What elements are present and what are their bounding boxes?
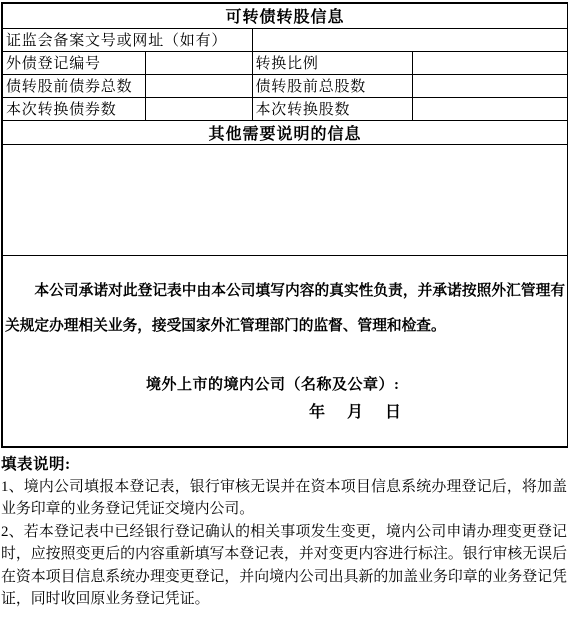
notes-title: 填表说明: (1, 453, 567, 476)
registration-form-page: 可转债转股信息 证监会备案文号或网址（如有） 外债登记编号 转换比例 债转股前债… (0, 2, 568, 617)
commitment-paragraph: 本公司承诺对此登记表中由本公司填写内容的真实性负责，并承诺按照外汇管理有关规定办… (5, 274, 565, 344)
conversion-ratio-field[interactable] (412, 51, 568, 74)
table-row: 其他需要说明的信息 (2, 120, 568, 144)
table-row: 可转债转股信息 (2, 3, 568, 28)
note-item-1: 1、境内公司填报本登记表，银行审核无误并在资本项目信息系统办理登记后，将加盖业务… (1, 476, 567, 521)
convertible-bond-info-table: 可转债转股信息 证监会备案文号或网址（如有） 外债登记编号 转换比例 债转股前债… (1, 2, 568, 448)
csrc-filing-number-field[interactable] (252, 28, 568, 51)
external-debt-reg-no-label: 外债登记编号 (2, 51, 145, 74)
bonds-before-conversion-field[interactable] (145, 74, 252, 97)
shares-before-conversion-label: 债转股前总股数 (252, 74, 412, 97)
csrc-filing-number-label: 证监会备案文号或网址（如有） (2, 28, 252, 51)
section-header-convertible-bond-info: 可转债转股信息 (2, 3, 568, 28)
table-row: 本次转换债券数 本次转换股数 (2, 97, 568, 120)
table-row: 债转股前债券总数 债转股前总股数 (2, 74, 568, 97)
external-debt-reg-no-field[interactable] (145, 51, 252, 74)
notes-section: 填表说明: 1、境内公司填报本登记表，银行审核无误并在资本项目信息系统办理登记后… (1, 453, 567, 610)
table-row: 证监会备案文号或网址（如有） (2, 28, 568, 51)
table-row: 外债登记编号 转换比例 (2, 51, 568, 74)
note-item-2: 2、若本登记表中已经银行登记确认的相关事项发生变更，境内公司申请办理变更登记时，… (1, 521, 567, 611)
commitment-cell: 本公司承诺对此登记表中由本公司填写内容的真实性负责，并承诺按照外汇管理有关规定办… (2, 255, 568, 447)
date-year-month-day-line: 年 月 日 (5, 403, 565, 423)
bonds-converted-this-time-label: 本次转换债券数 (2, 97, 145, 120)
bonds-before-conversion-label: 债转股前债券总数 (2, 74, 145, 97)
table-row (2, 144, 568, 255)
table-row: 本公司承诺对此登记表中由本公司填写内容的真实性负责，并承诺按照外汇管理有关规定办… (2, 255, 568, 447)
other-info-content-field[interactable] (2, 144, 568, 255)
shares-before-conversion-field[interactable] (412, 74, 568, 97)
conversion-ratio-label: 转换比例 (252, 51, 412, 74)
bonds-converted-this-time-field[interactable] (145, 97, 252, 120)
section-header-other-info: 其他需要说明的信息 (2, 120, 568, 144)
signature-company-label: 境外上市的境内公司（名称及公章）: (5, 374, 565, 396)
shares-converted-this-time-field[interactable] (412, 97, 568, 120)
shares-converted-this-time-label: 本次转换股数 (252, 97, 412, 120)
